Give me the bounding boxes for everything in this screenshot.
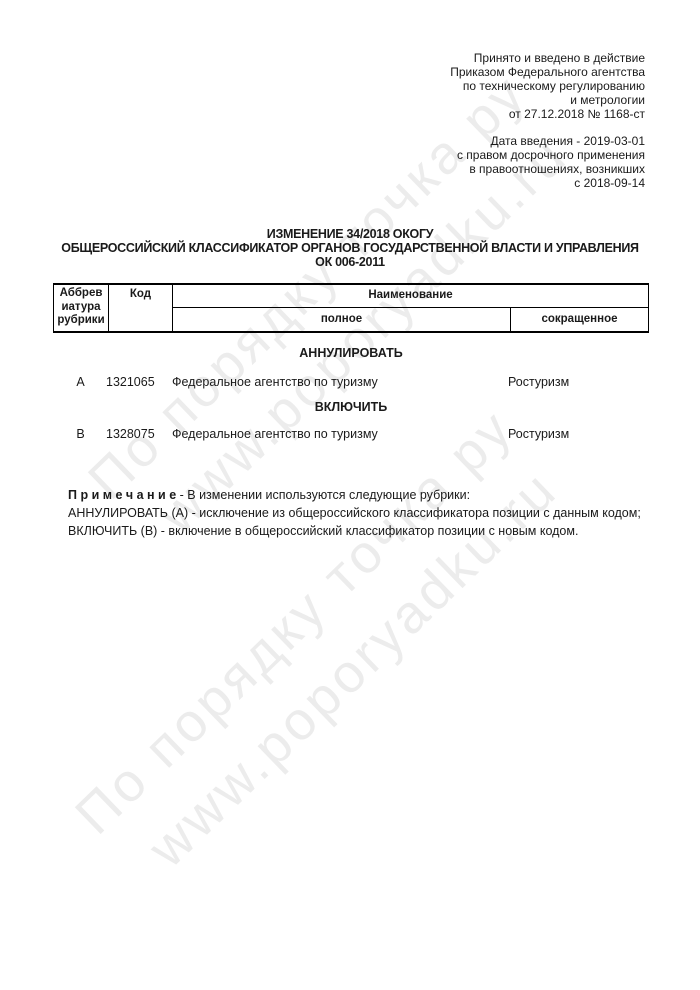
introduction-line: с правом досрочного применения [345, 148, 645, 162]
note-item-annul: АННУЛИРОВАТЬ (А) - исключение из общерос… [68, 504, 645, 522]
introduction-line: с 2018-09-14 [345, 176, 645, 190]
note-intro: - В изменении используются следующие руб… [176, 488, 470, 502]
row-name-full: Федеральное агентство по туризму [172, 427, 378, 441]
row-code: 1328075 [106, 427, 155, 441]
column-header-name-full: полное [173, 308, 511, 331]
table-row: В 1328075 Федеральное агентство по туриз… [0, 427, 700, 443]
note-block: П р и м е ч а н и е - В изменении исполь… [68, 486, 645, 540]
title-line-2: ОБЩЕРОССИЙСКИЙ КЛАССИФИКАТОР ОРГАНОВ ГОС… [0, 241, 700, 255]
classifier-table-header: Аббрев иатура рубрики Код Наименование п… [53, 283, 649, 333]
note-item-include: ВКЛЮЧИТЬ (В) - включение в общероссийски… [68, 522, 645, 540]
section-heading-include: ВКЛЮЧИТЬ [53, 400, 649, 414]
column-header-name: Наименование [173, 285, 648, 308]
column-header-abbreviation-line: рубрики [54, 314, 108, 328]
adoption-line: от 27.12.2018 № 1168-ст [345, 107, 645, 121]
adoption-line: Принято и введено в действие [345, 51, 645, 65]
page-title: ИЗМЕНЕНИЕ 34/2018 ОКОГУ ОБЩЕРОССИЙСКИЙ К… [0, 227, 700, 269]
row-name-short: Ростуризм [508, 427, 569, 441]
row-code: 1321065 [106, 375, 155, 389]
adoption-line: по техническому регулированию [345, 79, 645, 93]
row-name-full: Федеральное агентство по туризму [172, 375, 378, 389]
note-label: П р и м е ч а н и е [68, 488, 176, 502]
adoption-block: Принято и введено в действие Приказом Фе… [345, 51, 645, 190]
column-header-abbreviation-line: иатура [54, 301, 108, 315]
table-row: А 1321065 Федеральное агентство по туриз… [0, 375, 700, 391]
section-heading-annul: АННУЛИРОВАТЬ [53, 346, 649, 360]
row-name-short: Ростуризм [508, 375, 569, 389]
introduction-date-block: Дата введения - 2019-03-01 с правом доср… [345, 134, 645, 190]
adoption-line: Приказом Федерального агентства [345, 65, 645, 79]
row-abbreviation: А [53, 375, 108, 389]
column-header-abbreviation: Аббрев иатура рубрики [54, 285, 109, 331]
row-abbreviation: В [53, 427, 108, 441]
title-line-3: ОК 006-2011 [0, 255, 700, 269]
column-header-abbreviation-line: Аббрев [54, 287, 108, 301]
introduction-line: в правоотношениях, возникших [345, 162, 645, 176]
title-line-1: ИЗМЕНЕНИЕ 34/2018 ОКОГУ [0, 227, 700, 241]
column-header-name-short: сокращенное [511, 308, 648, 331]
note-heading-line: П р и м е ч а н и е - В изменении исполь… [68, 486, 645, 504]
column-header-code: Код [109, 285, 173, 331]
document-page: Принято и введено в действие Приказом Фе… [0, 0, 700, 990]
adoption-line: и метрологии [345, 93, 645, 107]
introduction-line: Дата введения - 2019-03-01 [345, 134, 645, 148]
